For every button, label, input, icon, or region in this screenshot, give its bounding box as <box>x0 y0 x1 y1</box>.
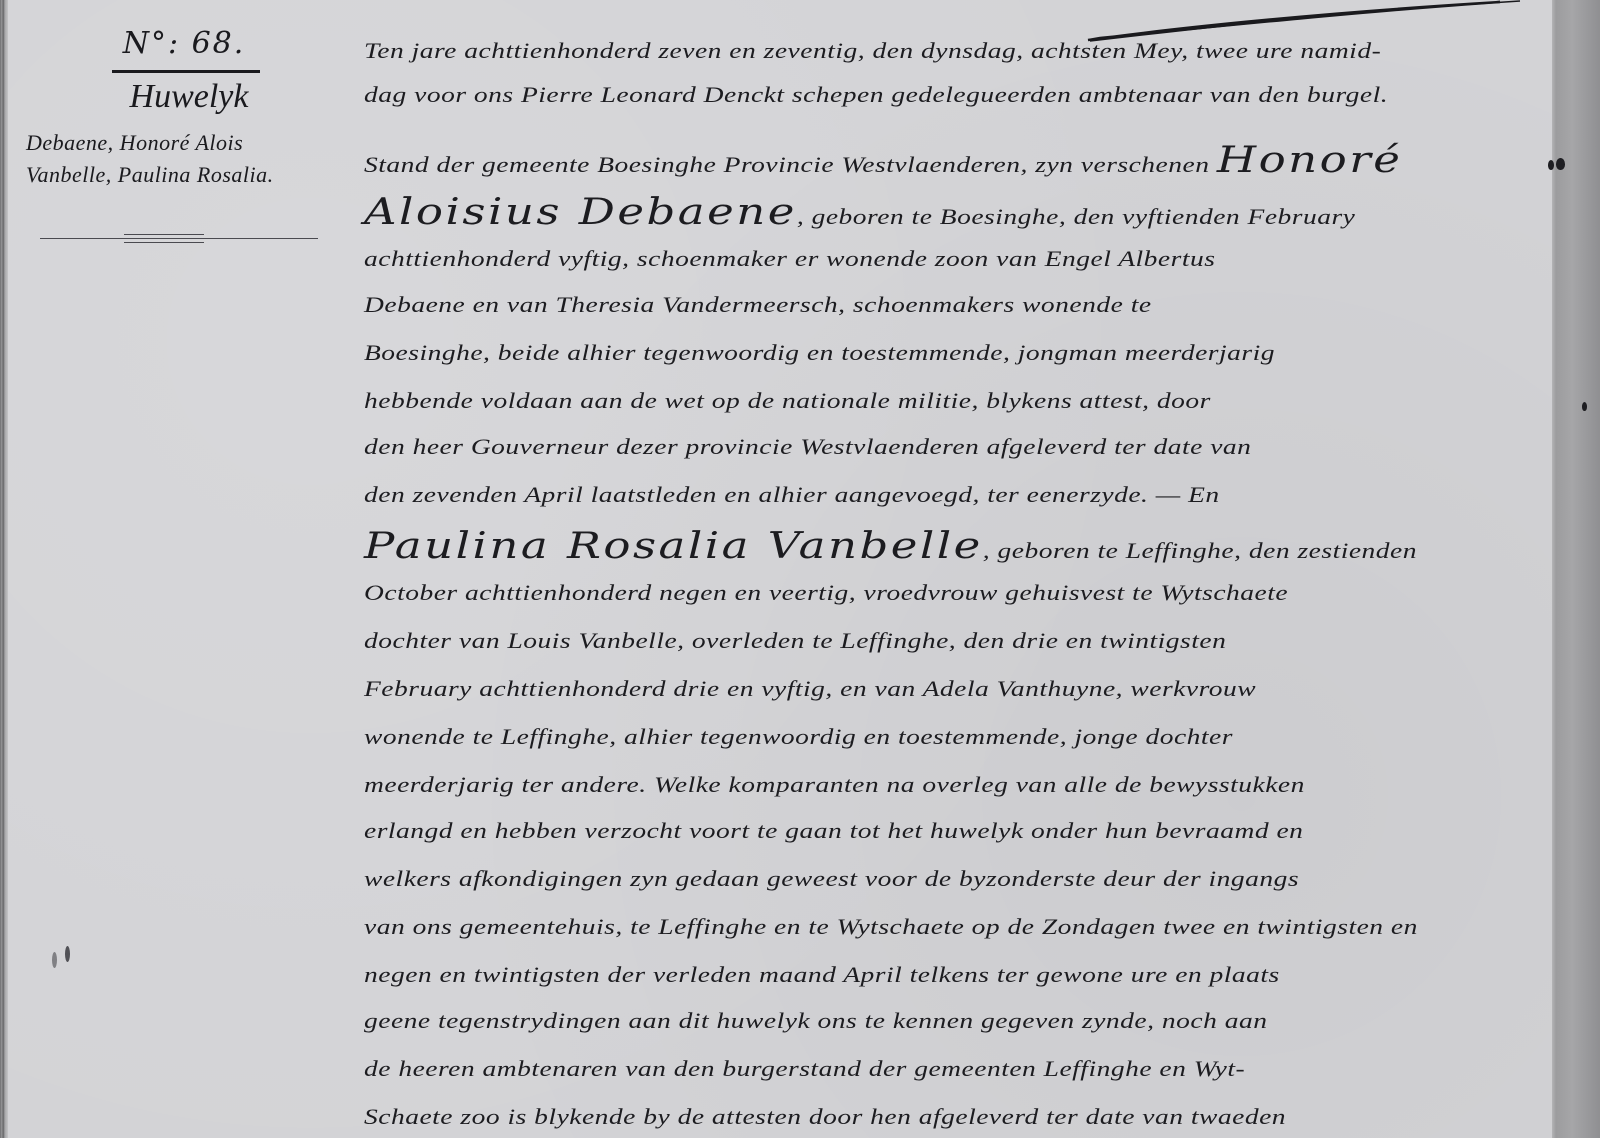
line-text: Stand der gemeente Boesinghe Provincie W… <box>364 152 1209 177</box>
body-line-19: van ons gemeentehuis, te Leffinghe en te… <box>364 914 1418 950</box>
margin-bride-name: Vanbelle, Paulina Rosalia. <box>26 162 274 188</box>
number-underline <box>112 70 260 73</box>
body-line-23: Schaete zoo is blykende by de attesten d… <box>364 1104 1286 1138</box>
body-line-6: Debaene en van Theresia Vandermeersch, s… <box>364 292 1152 328</box>
body-line-15: wonende te Leffinghe, alhier tegenwoordi… <box>364 724 1233 760</box>
body-line-1: Ten jare achttienhonderd zeven en zevent… <box>364 38 1381 74</box>
record-number: N°: 68. <box>114 26 254 61</box>
body-line-8: hebbende voldaan aan de wet op de nation… <box>364 388 1211 424</box>
body-line-18: welkers afkondigingen zyn gedaan geweest… <box>364 866 1299 902</box>
line-text: geene tegenstrydingen aan dit huwelyk on… <box>364 1008 1267 1033</box>
line-text: Debaene en van Theresia Vandermeersch, s… <box>364 292 1152 317</box>
ink-mark <box>65 946 70 962</box>
body-line-21: geene tegenstrydingen aan dit huwelyk on… <box>364 1008 1267 1044</box>
line-text: erlangd en hebben verzocht voort te gaan… <box>364 818 1303 843</box>
line-text: Ten jare achttienhonderd zeven en zevent… <box>364 38 1381 63</box>
line-text: de heeren ambtenaren van den burgerstand… <box>364 1056 1245 1081</box>
groom-full-name: Aloisius Debaene <box>364 192 797 233</box>
body-line-7: Boesinghe, beide alhier tegenwoordig en … <box>364 340 1275 376</box>
margin-groom-name: Debaene, Honoré Alois <box>26 130 243 156</box>
line-text: den zevenden April laatstleden en alhier… <box>364 482 1220 507</box>
body-line-3: Stand der gemeente Boesinghe Provincie W… <box>364 140 1402 176</box>
line-text: dochter van Louis Vanbelle, overleden te… <box>364 628 1226 653</box>
body-line-16: meerderjarig ter andere. Welke komparant… <box>364 772 1305 808</box>
body-line-22: de heeren ambtenaren van den burgerstand… <box>364 1056 1245 1092</box>
ink-blot <box>1556 158 1565 170</box>
body-line-4: Aloisius Debaene, geboren te Boesinghe, … <box>364 192 1355 228</box>
margin-divider <box>124 234 204 235</box>
line-text: den heer Gouverneur dezer provincie West… <box>364 434 1251 459</box>
margin-divider <box>40 238 318 239</box>
groom-first-name: Honoré <box>1217 140 1403 181</box>
ink-blot <box>1582 402 1587 411</box>
line-text: meerderjarig ter andere. Welke komparant… <box>364 772 1305 797</box>
line-text: February achttienhonderd drie en vyftig,… <box>364 676 1256 701</box>
line-text: , geboren te Leffinghe, den zestienden <box>983 538 1417 563</box>
body-line-13: dochter van Louis Vanbelle, overleden te… <box>364 628 1226 664</box>
body-line-12: October achttienhonderd negen en veertig… <box>364 580 1288 616</box>
body-line-10: den zevenden April laatstleden en alhier… <box>364 482 1220 518</box>
register-page: N°: 68. Huwelyk Debaene, Honoré Alois Va… <box>0 0 1552 1138</box>
bride-full-name: Paulina Rosalia Vanbelle <box>364 526 983 567</box>
line-text: Boesinghe, beide alhier tegenwoordig en … <box>364 340 1275 365</box>
line-text: dag voor ons Pierre Leonard Denckt schep… <box>364 82 1388 107</box>
page-right-edge <box>1552 0 1600 1138</box>
body-line-20: negen en twintigsten der verleden maand … <box>364 962 1280 998</box>
ink-mark <box>52 952 57 968</box>
body-line-9: den heer Gouverneur dezer provincie West… <box>364 434 1251 470</box>
body-line-14: February achttienhonderd drie en vyftig,… <box>364 676 1256 712</box>
body-line-11: Paulina Rosalia Vanbelle, geboren te Lef… <box>364 526 1417 562</box>
line-text: October achttienhonderd negen en veertig… <box>364 580 1288 605</box>
line-text: Schaete zoo is blykende by de attesten d… <box>364 1104 1286 1129</box>
line-text: achttienhonderd vyftig, schoenmaker er w… <box>364 246 1215 271</box>
body-line-17: erlangd en hebben verzocht voort te gaan… <box>364 818 1303 854</box>
line-text: welkers afkondigingen zyn gedaan geweest… <box>364 866 1299 891</box>
record-type-heading: Huwelyk <box>104 78 274 116</box>
line-text: hebbende voldaan aan de wet op de nation… <box>364 388 1211 413</box>
body-line-5: achttienhonderd vyftig, schoenmaker er w… <box>364 246 1215 282</box>
margin-divider <box>124 242 204 243</box>
line-text: wonende te Leffinghe, alhier tegenwoordi… <box>364 724 1233 749</box>
binding-edge <box>0 0 8 1138</box>
body-line-2: dag voor ons Pierre Leonard Denckt schep… <box>364 82 1388 118</box>
line-text: van ons gemeentehuis, te Leffinghe en te… <box>364 914 1418 939</box>
line-text: , geboren te Boesinghe, den vyftienden F… <box>797 204 1356 229</box>
line-text: negen en twintigsten der verleden maand … <box>364 962 1280 987</box>
ink-blot <box>1548 160 1554 170</box>
